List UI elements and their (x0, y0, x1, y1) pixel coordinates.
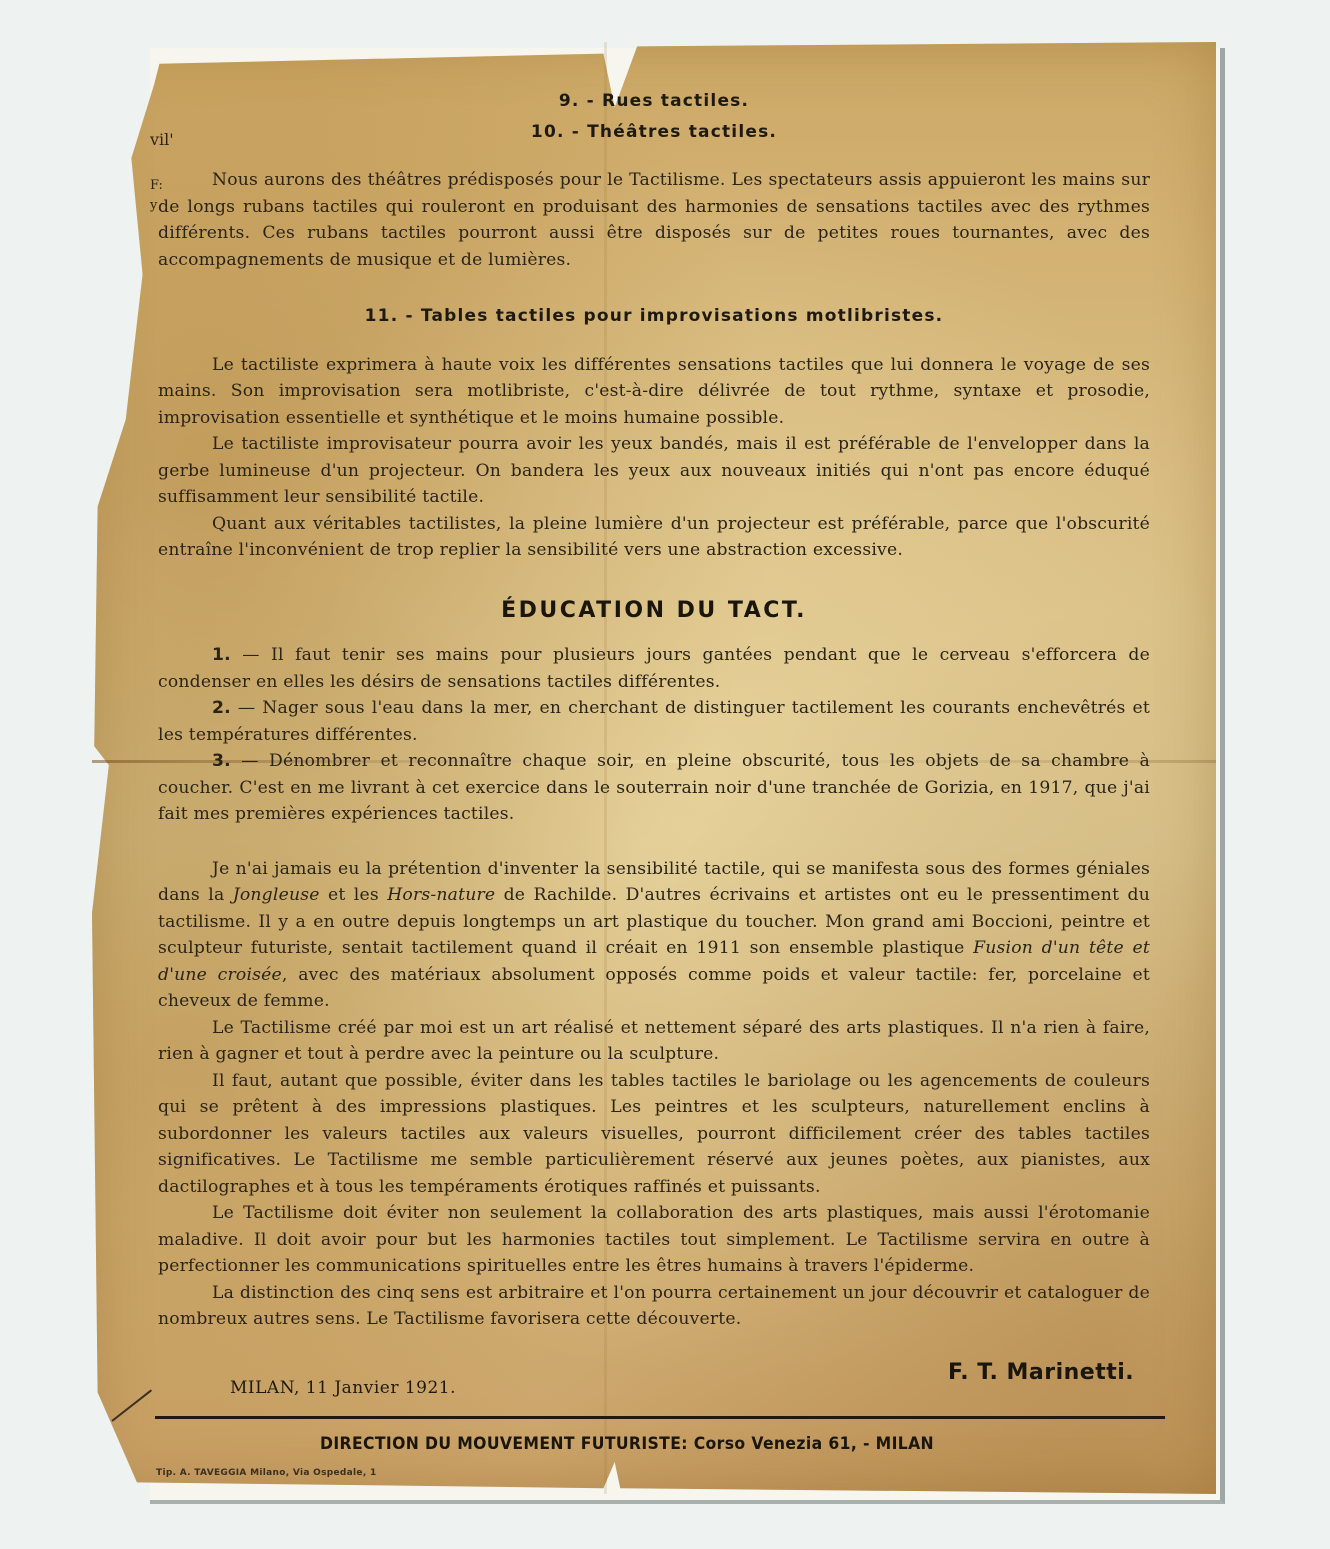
closing-paragraph: Le Tactilisme créé par moi est un art ré… (158, 1015, 1150, 1068)
education-item: 1. — Il faut tenir ses mains pour plusie… (158, 642, 1150, 695)
item-number: 1. (212, 645, 231, 665)
education-item: 2. — Nager sous l'eau dans la mer, en ch… (158, 695, 1150, 748)
italic-title-hors-nature: Hors-nature (387, 885, 495, 905)
section-11-paragraph: Quant aux véritables tactilistes, la ple… (158, 511, 1150, 564)
printer-imprint: Tip. A. TAVEGGIA Milano, Via Ospedale, 1 (156, 1468, 377, 1478)
footer-address: DIRECTION DU MOUVEMENT FUTURISTE: Corso … (320, 1434, 934, 1454)
footer-rule (155, 1416, 1165, 1419)
item-number: 3. (212, 751, 231, 771)
italic-title-jongleuse: Jongleuse (233, 885, 320, 905)
date-line: MILAN, 11 Janvier 1921. (230, 1378, 456, 1398)
closing-paragraph: La distinction des cinq sens est arbitra… (158, 1280, 1150, 1333)
closing-paragraph: Le Tactilisme doit éviter non seulement … (158, 1200, 1150, 1280)
text-run: , avec des matériaux absolument opposés … (158, 965, 1150, 1012)
section-heading-11: 11. - Tables tactiles pour improvisation… (158, 303, 1150, 330)
manifesto-body: 9. - Rues tactiles. 10. - Théâtres tacti… (158, 88, 1150, 1333)
section-heading-10: 10. - Théâtres tactiles. (158, 119, 1150, 146)
section-10-paragraph: Nous aurons des théâtres prédisposés pou… (158, 167, 1150, 273)
section-heading-9: 9. - Rues tactiles. (158, 88, 1150, 115)
item-number: 2. (212, 698, 231, 718)
text-run: et les (320, 885, 388, 905)
closing-paragraph: Je n'ai jamais eu la prétention d'invent… (158, 856, 1150, 1015)
education-item: 3. — Dénombrer et reconnaître chaque soi… (158, 748, 1150, 828)
item-text: — Dénombrer et reconnaître chaque soir, … (158, 751, 1150, 824)
margin-fragment: y (150, 198, 157, 213)
section-11-paragraph: Le tactiliste exprimera à haute voix les… (158, 352, 1150, 432)
item-text: — Nager sous l'eau dans la mer, en cherc… (158, 698, 1150, 745)
signature: F. T. Marinetti. (948, 1360, 1134, 1385)
section-11-paragraph: Le tactiliste improvisateur pourra avoir… (158, 431, 1150, 511)
education-heading: ÉDUCATION DU TACT. (158, 598, 1150, 625)
item-text: — Il faut tenir ses mains pour plusieurs… (158, 645, 1150, 692)
closing-paragraph: Il faut, autant que possible, éviter dan… (158, 1068, 1150, 1201)
